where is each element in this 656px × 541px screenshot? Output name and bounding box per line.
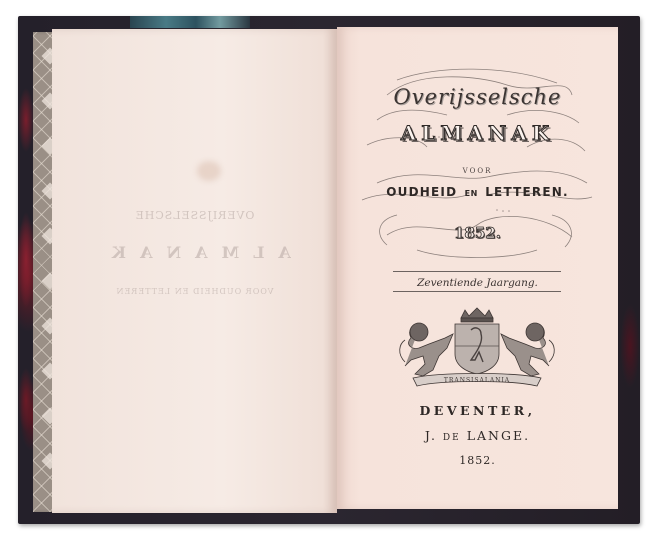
left-page: OVERIJSSELSCHE ALMANAK VOOR OUDHEID EN L… [52, 29, 337, 513]
subtitle-en: EN [465, 189, 478, 198]
motto-text: TRANSISALANIA [444, 377, 510, 384]
publication-year: 1852. [337, 454, 618, 467]
edition-label: Zeventiende Jaargang. [337, 277, 618, 289]
subtitle-letteren: LETTEREN. [485, 185, 569, 199]
divider-rule-bottom [393, 291, 561, 292]
marbled-cover-edge [130, 16, 250, 28]
coat-of-arms-emblem: TRANSISALANIA [389, 304, 565, 394]
book-photo: OVERIJSSELSCHE ALMANAK VOOR OUDHEID EN L… [0, 0, 656, 541]
divider-rule-top [393, 271, 561, 272]
show-through-line-2: ALMANAK [52, 243, 337, 262]
title-line-1: Overijsselsche [337, 85, 618, 109]
publisher-surname: LANGE. [467, 428, 530, 443]
publisher-name: J. DE LANGE. [337, 428, 618, 443]
title-voor: VOOR [337, 167, 618, 175]
paper-stain [197, 161, 221, 181]
show-through-line-3: VOOR OUDHEID EN LETTEREN [52, 287, 337, 296]
subtitle-oudheid: OUDHEID [386, 185, 457, 199]
title-year: 1852. [337, 224, 618, 242]
show-through-line-1: OVERIJSSELSCHE [52, 209, 337, 222]
title-line-2: ALMANAK [337, 121, 618, 145]
marbled-cover-left-edge [18, 60, 34, 480]
title-page: Overijsselsche ALMANAK VOOR OUDHEID EN L… [337, 27, 618, 509]
publisher-initial: J. [425, 428, 437, 443]
place-of-publication: DEVENTER, [337, 403, 618, 418]
title-subtitle: OUDHEID EN LETTEREN. [337, 185, 618, 199]
publisher-prefix: DE [443, 433, 461, 443]
